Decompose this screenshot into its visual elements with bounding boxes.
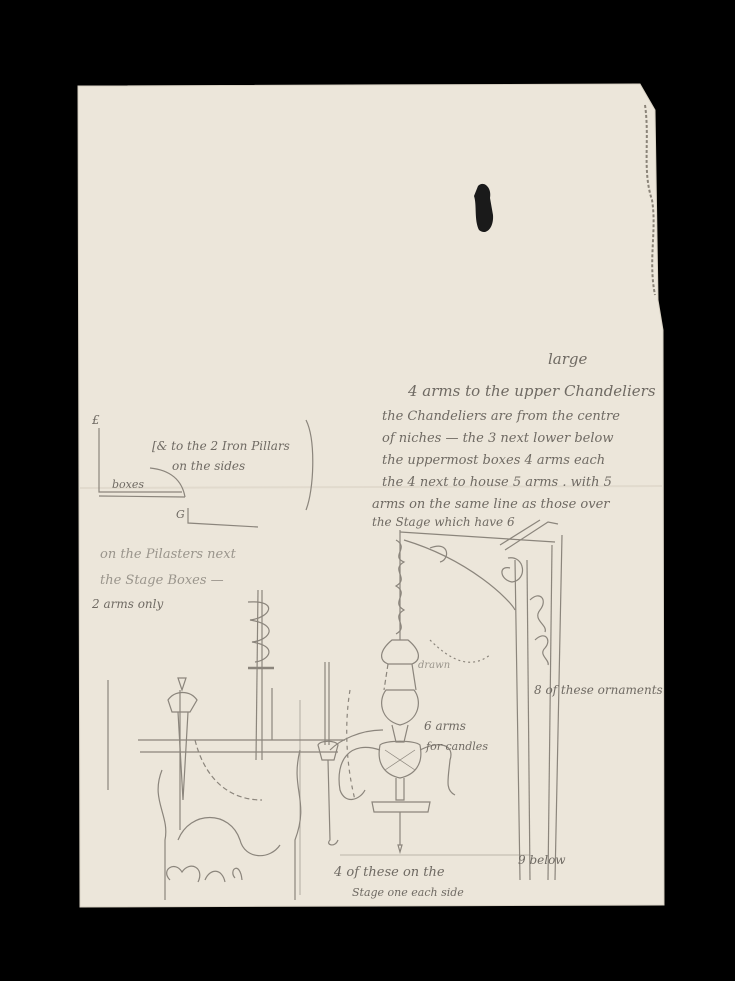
note-line-3: of niches — the 3 next lower below — [382, 431, 613, 446]
note-line-6: arms on the same line as those over — [372, 497, 610, 512]
note-pilasters-1: on the Pilasters next — [100, 547, 237, 562]
label-corner: £ — [91, 413, 100, 427]
note-line-1: 4 arms to the upper Chandeliers — [407, 382, 656, 400]
paper-sheet — [78, 84, 664, 907]
note-large: large — [548, 350, 588, 368]
note-line-7: the Stage which have 6 — [372, 515, 515, 529]
note-for-candles: for candles — [425, 740, 488, 753]
note-ornaments: 8 of these ornaments — [534, 683, 663, 697]
note-bottom-1: 4 of these on the — [333, 865, 445, 880]
note-bottom-2: Stage one each side — [352, 886, 464, 899]
note-iron-pillars-2: on the sides — [172, 459, 245, 473]
label-boxes: boxes — [112, 478, 144, 491]
note-line-5: the 4 next to house 5 arms . with 5 — [382, 475, 612, 490]
note-swag: drawn — [418, 660, 450, 671]
note-line-2: the Chandeliers are from the centre — [382, 409, 620, 424]
note-six-arms: 6 arms — [424, 719, 466, 733]
note-line-4: the uppermost boxes 4 arms each — [382, 453, 605, 468]
note-pilasters-2: the Stage Boxes — — [100, 573, 224, 588]
note-below: 9 below — [518, 853, 566, 867]
sketch-drawing: large 4 arms to the upper Chandeliers th… — [0, 0, 735, 981]
label-g: G — [176, 508, 185, 521]
note-iron-pillars-1: [& to the 2 Iron Pillars — [152, 439, 290, 453]
note-pilasters-3: 2 arms only — [91, 597, 163, 611]
artwork-canvas: large 4 arms to the upper Chandeliers th… — [0, 0, 735, 981]
